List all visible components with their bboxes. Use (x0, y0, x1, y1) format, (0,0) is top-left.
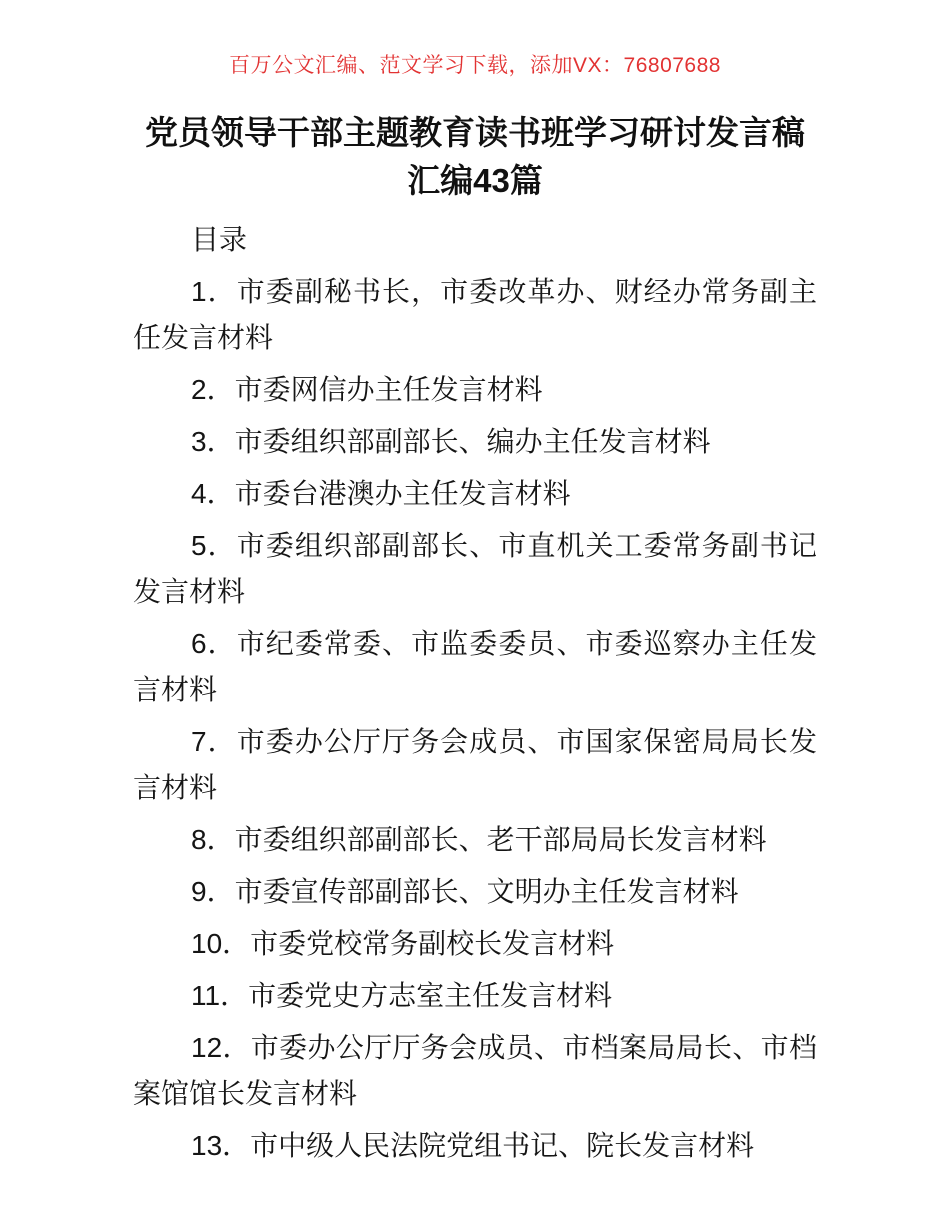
toc-item: 13．市中级人民法院党组书记、院长发言材料 (133, 1123, 817, 1169)
toc-item: 7．市委办公厅厅务会成员、市国家保密局局长发言材料 (133, 719, 817, 811)
toc-list: 1．市委副秘书长，市委改革办、财经办常务副主任发言材料2．市委网信办主任发言材料… (133, 269, 817, 1169)
toc-item: 6．市纪委常委、市监委委员、市委巡察办主任发言材料 (133, 621, 817, 713)
toc-item: 5．市委组织部副部长、市直机关工委常务副书记发言材料 (133, 523, 817, 615)
toc-item: 1．市委副秘书长，市委改革办、财经办常务副主任发言材料 (133, 269, 817, 361)
toc-item: 9．市委宣传部副部长、文明办主任发言材料 (133, 869, 817, 915)
document-title-line2: 汇编43篇 (133, 157, 817, 205)
toc-item: 11．市委党史方志室主任发言材料 (133, 973, 817, 1019)
document-body: 党员领导干部主题教育读书班学习研讨发言稿 汇编43篇 目录 1．市委副秘书长，市… (133, 109, 817, 1169)
toc-item: 4．市委台港澳办主任发言材料 (133, 471, 817, 517)
document-title-line1: 党员领导干部主题教育读书班学习研讨发言稿 (133, 109, 817, 157)
toc-item: 10．市委党校常务副校长发言材料 (133, 921, 817, 967)
toc-item: 8．市委组织部副部长、老干部局局长发言材料 (133, 817, 817, 863)
document-page: 百万公文汇编、范文学习下载，添加VX：76807688 党员领导干部主题教育读书… (0, 0, 950, 1230)
toc-item: 2．市委网信办主任发言材料 (133, 367, 817, 413)
toc-heading: 目录 (133, 217, 817, 263)
watermark-banner: 百万公文汇编、范文学习下载，添加VX：76807688 (0, 0, 950, 81)
toc-item: 12．市委办公厅厅务会成员、市档案局局长、市档案馆馆长发言材料 (133, 1025, 817, 1117)
document-title: 党员领导干部主题教育读书班学习研讨发言稿 汇编43篇 (133, 109, 817, 205)
toc-item: 3．市委组织部副部长、编办主任发言材料 (133, 419, 817, 465)
